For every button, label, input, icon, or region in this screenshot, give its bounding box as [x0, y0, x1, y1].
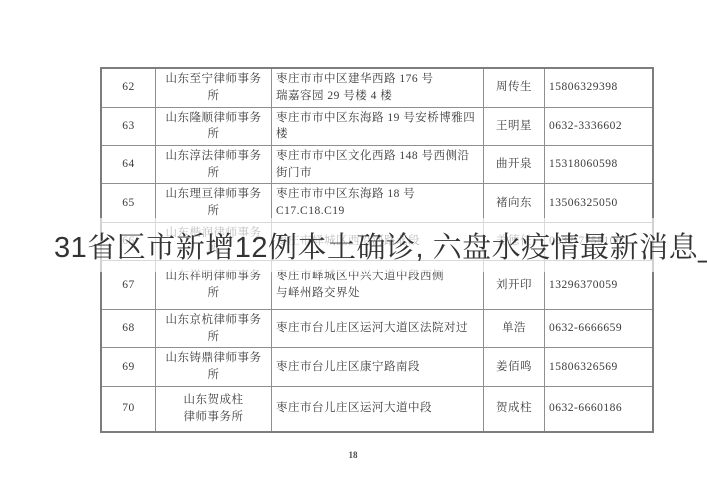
cell-contact-person: 曲开泉 [484, 145, 545, 183]
cell-address: 枣庄市市中区建华西路 176 号瑞嘉容园 29 号楼 4 楼 [272, 68, 484, 107]
cell-firm-name: 山东铸鼎律师事务所 [156, 348, 272, 386]
cell-phone-number: 0632-6660186 [545, 386, 654, 432]
table-row: 62山东至宁律师事务所枣庄市市中区建华西路 176 号瑞嘉容园 29 号楼 4 … [101, 68, 653, 107]
table-row: 66山东楷润律师事务所枣庄市峄城区西沿河路北段姜德任0632-7755106 [101, 222, 653, 260]
cell-row-number: 63 [101, 107, 156, 145]
cell-row-number: 64 [101, 145, 156, 183]
table-row: 68山东京杭律师事务所枣庄市台儿庄区运河大道区法院对过单浩0632-666665… [101, 309, 653, 347]
cell-phone-number: 15806329398 [545, 68, 654, 107]
cell-contact-person: 周传生 [484, 68, 545, 107]
cell-address: 枣庄市市中区东海路 19 号安桥博雅四楼 [272, 107, 484, 145]
cell-firm-name: 山东理亘律师事务所 [156, 184, 272, 222]
cell-row-number: 69 [101, 348, 156, 386]
table-row: 69山东铸鼎律师事务所枣庄市台儿庄区康宁路南段姜佰鸣15806326569 [101, 348, 653, 386]
table-row: 67山东祥明律师事务所枣庄市峄城区中兴大道中段西侧与峄州路交界处刘开印13296… [101, 260, 653, 309]
cell-firm-name: 山东贺成柱律师事务所 [156, 386, 272, 432]
cell-contact-person: 姜佰鸣 [484, 348, 545, 386]
table-row: 63山东隆顺律师事务所枣庄市市中区东海路 19 号安桥博雅四楼王明星0632-3… [101, 107, 653, 145]
cell-contact-person: 姜德任 [484, 222, 545, 260]
cell-firm-name: 山东楷润律师事务所 [156, 222, 272, 260]
cell-row-number: 66 [101, 222, 156, 260]
cell-address: 枣庄市台儿庄区运河大道中段 [272, 386, 484, 432]
cell-address: 枣庄市市中区东海路 18 号 C17.C18.C19 [272, 184, 484, 222]
cell-row-number: 65 [101, 184, 156, 222]
lawfirm-table-body: 62山东至宁律师事务所枣庄市市中区建华西路 176 号瑞嘉容园 29 号楼 4 … [101, 68, 653, 432]
cell-address: 枣庄市峄城区西沿河路北段 [272, 222, 484, 260]
cell-firm-name: 山东祥明律师事务所 [156, 260, 272, 309]
cell-firm-name: 山东隆顺律师事务所 [156, 107, 272, 145]
cell-phone-number: 0632-6666659 [545, 309, 654, 347]
cell-row-number: 68 [101, 309, 156, 347]
cell-address: 枣庄市峄城区中兴大道中段西侧与峄州路交界处 [272, 260, 484, 309]
page-number: 18 [100, 450, 606, 460]
cell-contact-person: 单浩 [484, 309, 545, 347]
cell-phone-number: 13506325050 [545, 184, 654, 222]
cell-row-number: 70 [101, 386, 156, 432]
cell-firm-name: 山东京杭律师事务所 [156, 309, 272, 347]
cell-row-number: 67 [101, 260, 156, 309]
cell-contact-person: 王明星 [484, 107, 545, 145]
cell-address: 枣庄市台儿庄区运河大道区法院对过 [272, 309, 484, 347]
cell-phone-number: 13296370059 [545, 260, 654, 309]
cell-address: 枣庄市市中区文化西路 148 号西侧沿街门市 [272, 145, 484, 183]
cell-contact-person: 刘开印 [484, 260, 545, 309]
table-row: 64山东淳法律师事务所枣庄市市中区文化西路 148 号西侧沿街门市曲开泉1531… [101, 145, 653, 183]
cell-phone-number: 0632-7755106 [545, 222, 654, 260]
cell-firm-name: 山东至宁律师事务所 [156, 68, 272, 107]
lawfirm-table: 62山东至宁律师事务所枣庄市市中区建华西路 176 号瑞嘉容园 29 号楼 4 … [100, 67, 654, 433]
cell-address: 枣庄市台儿庄区康宁路南段 [272, 348, 484, 386]
table-row: 65山东理亘律师事务所枣庄市市中区东海路 18 号 C17.C18.C19褚向东… [101, 184, 653, 222]
cell-phone-number: 15806326569 [545, 348, 654, 386]
cell-phone-number: 15318060598 [545, 145, 654, 183]
cell-contact-person: 贺成柱 [484, 386, 545, 432]
cell-phone-number: 0632-3336602 [545, 107, 654, 145]
cell-row-number: 62 [101, 68, 156, 107]
cell-firm-name: 山东淳法律师事务所 [156, 145, 272, 183]
table-row: 70山东贺成柱律师事务所枣庄市台儿庄区运河大道中段贺成柱0632-6660186 [101, 386, 653, 432]
cell-contact-person: 褚向东 [484, 184, 545, 222]
